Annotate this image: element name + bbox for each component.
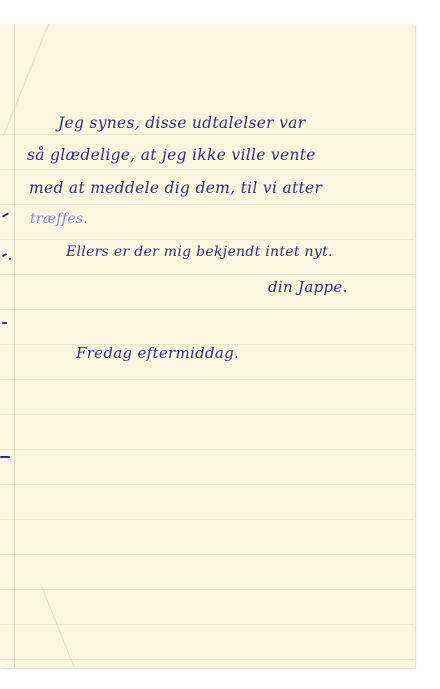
ruled-line [0, 204, 415, 205]
letter-line: træffes. [30, 211, 88, 227]
ruled-line [0, 134, 415, 135]
fold-crease [14, 24, 15, 668]
letter-line: Jeg synes, disse udtalelser var [58, 114, 305, 132]
margin-fragment [2, 253, 7, 257]
fold-crease-diagonal [3, 24, 49, 136]
ruled-line [0, 484, 415, 485]
ruled-line [0, 519, 415, 520]
margin-fragment [0, 456, 10, 458]
ruled-line [0, 309, 415, 310]
fold-crease-diagonal-bottom [40, 584, 75, 668]
letter-page: Jeg synes, disse udtalelser var så glæde… [0, 24, 415, 668]
letter-line: Ellers er der mig bekjendt intet nyt. [66, 244, 333, 260]
margin-fragment [9, 258, 11, 260]
ruled-line [0, 624, 415, 625]
ruled-line [0, 169, 415, 170]
margin-fragment [2, 212, 9, 217]
ruled-line [0, 414, 415, 415]
ruled-line [0, 554, 415, 555]
ruled-line [0, 449, 415, 450]
ruled-line [0, 239, 415, 240]
ruled-line [0, 274, 415, 275]
ruled-line [0, 659, 415, 660]
ruled-line [0, 589, 415, 590]
letter-line: så glædelige, at jeg ikke ville vente [27, 146, 316, 164]
ruled-line [0, 379, 415, 380]
letter-line: med at meddele dig dem, til vi atter [29, 179, 322, 197]
signature: din Jappe. [268, 278, 348, 296]
date-line: Fredag eftermiddag. [76, 344, 239, 362]
margin-fragment [2, 322, 7, 324]
